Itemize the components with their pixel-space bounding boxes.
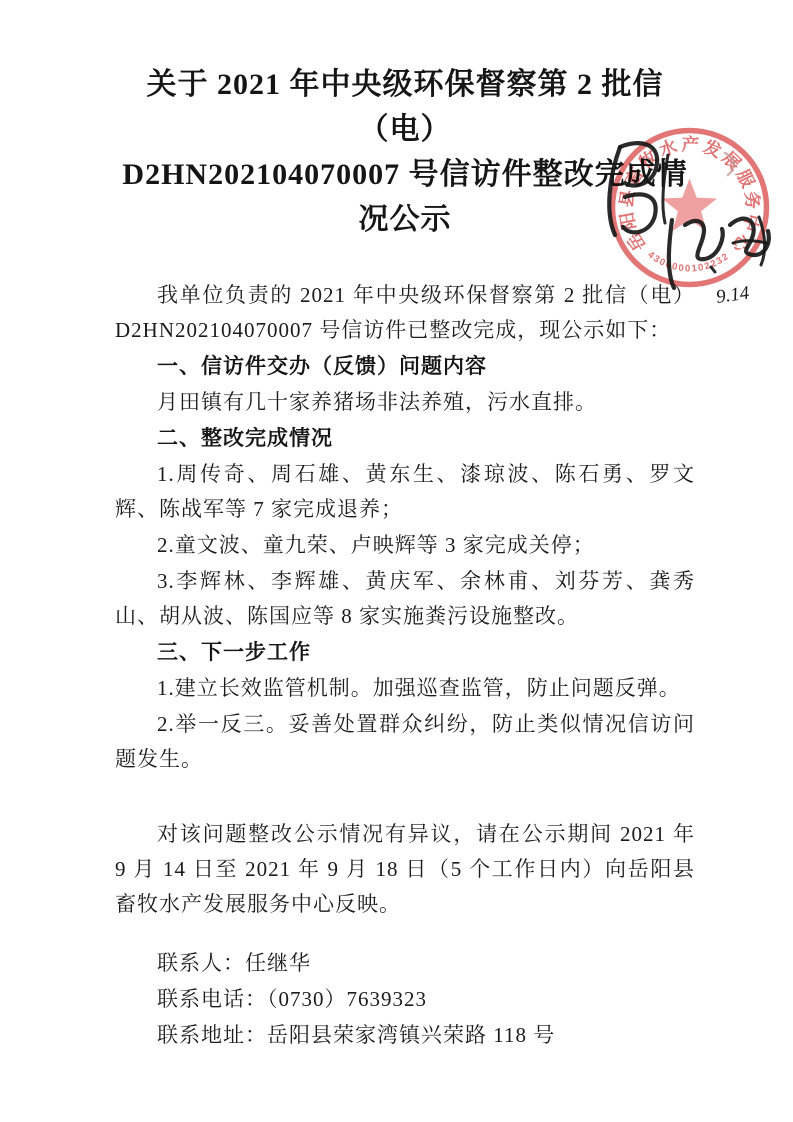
contact-phone: 联系电话：（0730）7639323 [115, 982, 695, 1017]
signature-right-glyph [730, 217, 769, 265]
contact-person: 联系人：任继华 [115, 946, 695, 981]
objection-notice: 对该问题整改公示情况有异议，请在公示期间 2021 年 9 月 14 日至 20… [115, 817, 695, 922]
section3-item-1: 1.建立长效监管机制。加强巡查监管，防止问题反弹。 [115, 671, 695, 706]
stray-pen-mark [725, 153, 734, 175]
signature-left-glyph [609, 143, 668, 235]
section2-item-2: 2.童文波、童九荣、卢映辉等 3 家完成关停； [115, 528, 695, 563]
handwritten-date: 9.14 [715, 282, 751, 307]
section3-heading: 三、下一步工作 [115, 635, 695, 670]
section2-heading: 二、整改完成情况 [115, 421, 695, 456]
section2-item-1: 1.周传奇、周石雄、黄东生、漆琼波、陈石勇、罗文辉、陈战军等 7 家完成退养； [115, 457, 695, 527]
section2-item-3: 3.李辉林、李辉雄、黄庆军、余林甫、刘芬芳、龚秀山、胡从波、陈国应等 8 家实施… [115, 564, 695, 634]
section3-item-2: 2.举一反三。妥善处置群众纠纷，防止类似情况信访问题发生。 [115, 707, 695, 777]
section1-heading: 一、信访件交办（反馈）问题内容 [115, 349, 695, 384]
document-page: 关于 2021 年中央级环保督察第 2 批信（电） D2HN2021040700… [0, 0, 793, 1122]
contact-address: 联系地址：岳阳县荣家湾镇兴荣路 118 号 [115, 1018, 695, 1053]
signature-center-flourish [669, 220, 723, 288]
handwritten-signature: 9.14 [575, 125, 793, 330]
section1-text: 月田镇有几十家养猪场非法养殖，污水直排。 [115, 385, 695, 420]
